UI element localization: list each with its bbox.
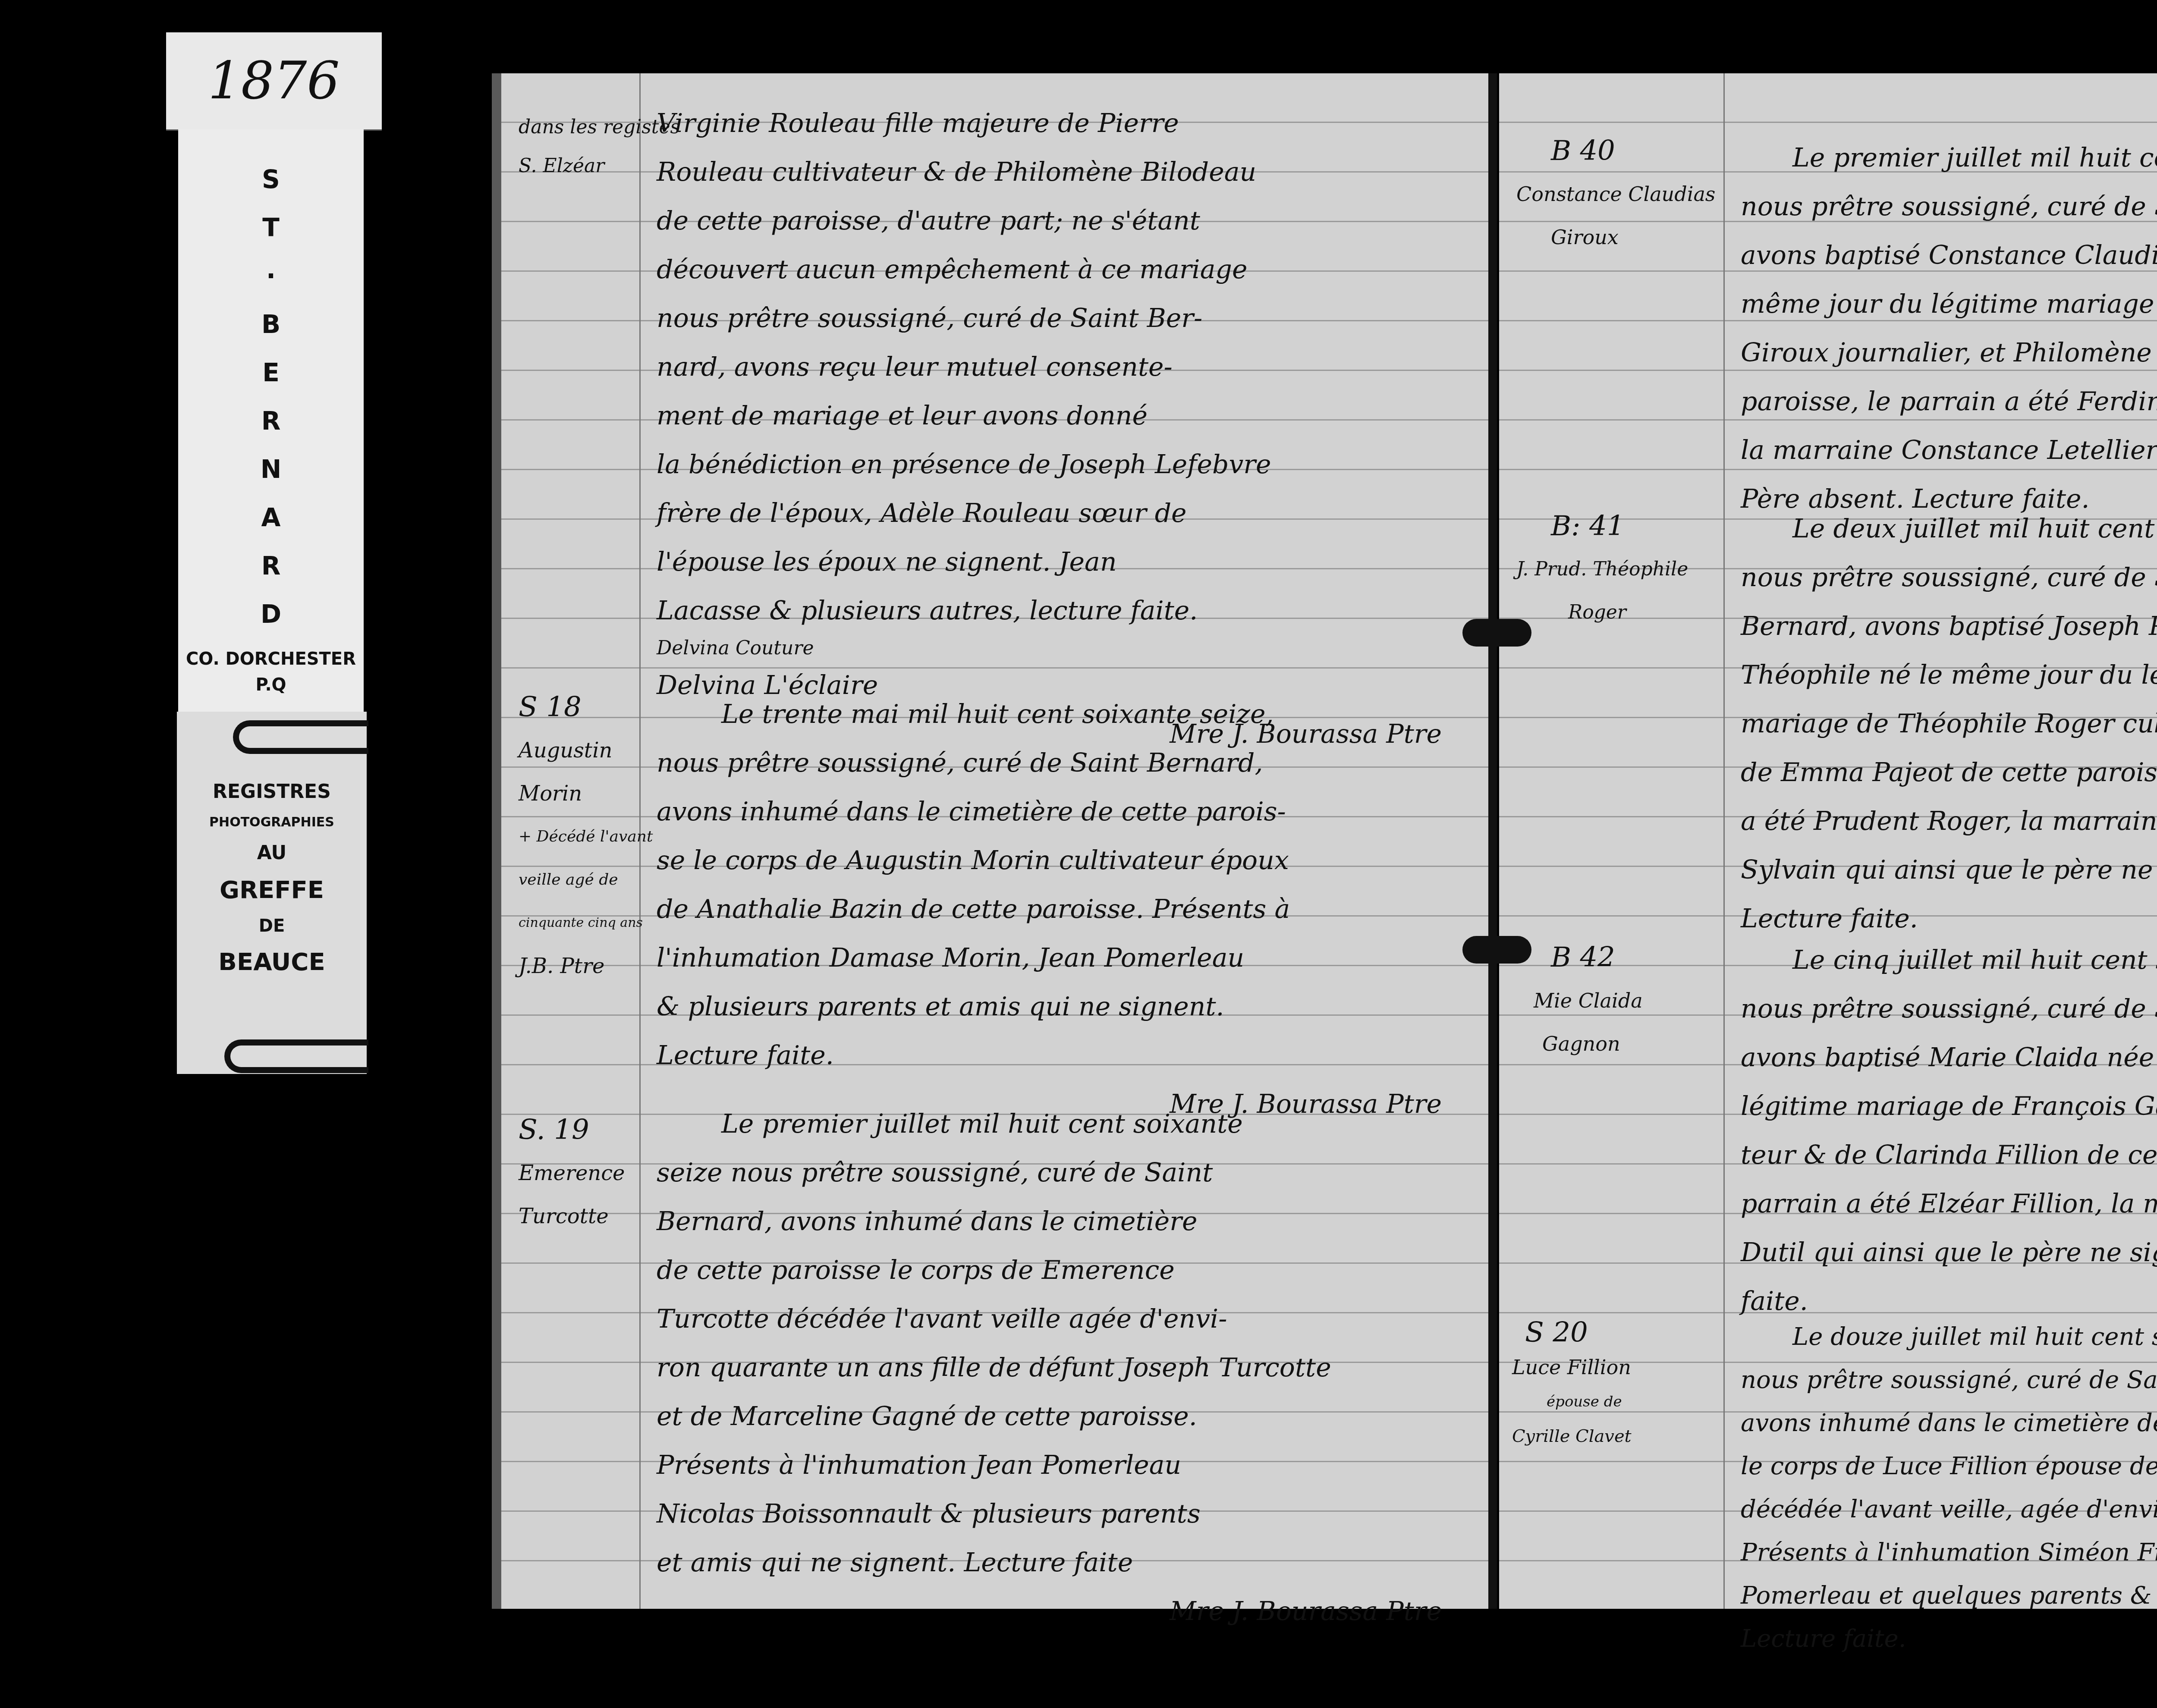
parish-letter: R [261,542,281,590]
entry-line: l'inhumation Damase Morin, Jean Pomerlea… [657,934,1468,983]
burial-entry: Le douze juillet mil huit cent soixante … [1741,1316,2157,1661]
margin-line: Emerence [519,1152,625,1195]
margin-line: dans les registes [519,108,680,147]
entry-line: nous prêtre soussigné, curé de Saint Ber… [1741,985,2157,1033]
entry-line: Virginie Rouleau fille majeure de Pierre [657,99,1468,148]
entry-margin-note: dans les registes S. Elzéar [519,108,680,185]
tab-year: 1876 [166,32,382,131]
witness-signature: Delvina Couture [657,635,1468,661]
stamp-line: DE [177,916,367,936]
margin-line: Mie Claida [1516,979,1643,1022]
parish-letter: E [262,349,280,397]
entry-line: de cette paroisse le corps de Emerence [657,1246,1468,1295]
entry-margin-note: B 42 Mie Claida Gagnon [1516,936,1643,1065]
parish-letter: R [261,397,281,445]
parish-letter: D [261,590,281,638]
archive-tab: 1876 S T · B E R N A R D CO. DORCHESTER … [166,32,382,1503]
entry-line: frère de l'époux, Adèle Rouleau sœur de [657,489,1468,538]
parish-letter: S [262,155,280,204]
entry-line: nous prêtre soussigné, curé de Saint Ber… [657,739,1468,788]
marriage-entry: Virginie Rouleau fille majeure de Pierre… [657,99,1468,759]
entry-line: Le premier juillet mil huit cent soixant… [657,1100,1468,1149]
entry-line: et amis qui ne signent. Lecture faite [657,1538,1468,1587]
register-spread: dans les registes S. Elzéar Virginie Rou… [492,73,2157,1609]
entry-number: B 40 [1516,129,1715,173]
entry-line: l'épouse les époux ne signent. Jean [657,538,1468,587]
parish-letter: T [262,204,280,252]
entry-line: nous prêtre soussigné, curé de Saint Ber… [1741,1359,2157,1402]
parish-letter: · [266,252,276,300]
entry-number: S. 19 [519,1108,625,1152]
entry-line: Le trente mai mil huit cent soixante sei… [657,690,1468,739]
entry-line: ron quarante un ans fille de défunt Jose… [657,1344,1468,1392]
registry-stamp: REGISTRES PHOTOGRAPHIES AU GREFFE DE BEA… [177,712,367,1074]
entry-line: Lecture faite. [657,1031,1468,1080]
entry-line: Pomerleau et quelques parents & amis qui… [1741,1574,2157,1617]
entry-line: nous prêtre soussigné, curé de Saint [1741,553,2157,602]
entry-line: avons inhumé dans le cimetière de cette … [657,788,1468,836]
margin-line: Morin [519,772,653,815]
entry-margin-note: B: 41 J. Prud. Théophile Roger [1516,505,1688,634]
entry-line: paroisse, le parrain a été Ferdinand Laf… [1741,377,2157,426]
entry-line: nous prêtre soussigné, curé de Saint Ber… [657,294,1468,343]
tab-parish-label: S T · B E R N A R D CO. DORCHESTER P.Q [178,129,364,712]
margin-rule [1723,73,1725,1609]
entry-margin-note: B 40 Constance Claudias Giroux [1516,129,1715,259]
right-page: Onzième feuillet. B 40 Constance Claudia… [1499,73,2157,1609]
entry-margin-note: S 20 Luce Fillion épouse de Cyrille Clav… [1512,1316,1632,1454]
entry-line: de cette paroisse, d'autre part; ne s'ét… [657,197,1468,245]
entry-line: de Emma Pajeot de cette paroisse. Le par… [1741,748,2157,797]
margin-line: Luce Fillion [1512,1350,1632,1385]
margin-line: épouse de [1512,1385,1632,1419]
entry-line: Turcotte décédée l'avant veille agée d'e… [657,1295,1468,1344]
left-page: dans les registes S. Elzéar Virginie Rou… [492,73,1494,1609]
entry-line: & plusieurs parents et amis qui ne signe… [657,983,1468,1031]
margin-line: J.B. Ptre [519,945,653,988]
margin-line: S. Elzéar [519,147,680,185]
entry-margin-note: S 18 Augustin Morin + Décédé l'avant vei… [519,686,653,988]
entry-line: le corps de Luce Fillion épouse de défun… [1741,1445,2157,1488]
entry-line: la marraine Constance Letellier qui ne s… [1741,426,2157,475]
entry-line: Le douze juillet mil huit cent soixante … [1741,1316,2157,1359]
margin-line: Constance Claudias [1516,173,1715,216]
margin-line: cinquante cinq ans [519,901,653,945]
binding-ring-icon [1462,936,1531,964]
paperclip-icon [233,720,368,754]
margin-line: Gagnon [1516,1022,1643,1065]
entry-number: S 18 [519,686,653,729]
entry-line: Bernard, avons baptisé Joseph Prudent [1741,602,2157,651]
margin-line: Turcotte [519,1195,625,1238]
entry-line: teur & de Clarinda Fillion de cette paro… [1741,1131,2157,1180]
entry-line: Lecture faite. [1741,1617,1906,1661]
entry-line: se le corps de Augustin Morin cultivateu… [657,836,1468,885]
entry-number: B: 41 [1516,505,1688,548]
entry-line: parrain a été Elzéar Fillion, la marrain… [1741,1180,2157,1228]
entry-closing: Lecture faite. Mre J. Bourassa Ptre [1741,1617,2157,1661]
entry-line: la bénédiction en présence de Joseph Lef… [657,440,1468,489]
burial-entry: Le premier juillet mil huit cent soixant… [657,1100,1468,1636]
entry-line: légitime mariage de François Gagnon cult… [1741,1082,2157,1131]
entry-line: avons baptisé Marie Claida née la veille… [1741,1033,2157,1082]
county-label: CO. DORCHESTER [178,649,364,669]
margin-line: Augustin [519,729,653,772]
burial-entry: Le trente mai mil huit cent soixante sei… [657,690,1468,1129]
entry-line: mariage de Théophile Roger cultivateur, … [1741,700,2157,748]
stamp-line: AU [177,842,367,864]
entry-line: Théophile né le même jour du légitime [1741,651,2157,700]
entry-margin-note: S. 19 Emerence Turcotte [519,1108,625,1238]
stamp-line: BEAUCE [177,948,367,976]
entry-line: de Anathalie Bazin de cette paroisse. Pr… [657,885,1468,934]
entry-line: décédée l'avant veille, agée d'environ t… [1741,1488,2157,1531]
entry-line: a été Prudent Roger, la marraine Sophie [1741,797,2157,846]
entry-line: nard, avons reçu leur mutuel consente- [657,343,1468,392]
entry-line: Nicolas Boissonnault & plusieurs parents [657,1490,1468,1538]
province-label: P.Q [178,675,364,695]
parish-letter: N [261,445,282,493]
margin-line: veille agé de [519,858,653,901]
margin-line: Roger [1516,591,1688,634]
entry-line: nous prêtre soussigné, curé de Saint Ber… [1741,182,2157,231]
stamp-line: REGISTRES [177,781,367,803]
stamp-line: GREFFE [177,876,367,904]
parish-name-vertical: S T · B E R N A R D [178,155,364,638]
baptism-entry: Le deux juillet mil huit cent soixante s… [1741,505,2157,992]
entry-line: Rouleau cultivateur & de Philomène Bilod… [657,148,1468,197]
paperclip-icon [224,1039,368,1073]
margin-line: Giroux [1516,216,1715,259]
entry-line: Sylvain qui ainsi que le père ne signent… [1741,846,2157,895]
entry-line: Le cinq juillet mil huit cent soixante s… [1741,936,2157,985]
entry-line: découvert aucun empêchement à ce mariage [657,245,1468,294]
entry-line: Bernard, avons inhumé dans le cimetière [657,1197,1468,1246]
stamp-text: REGISTRES PHOTOGRAPHIES AU GREFFE DE BEA… [177,781,367,988]
entry-line: ment de mariage et leur avons donné [657,392,1468,440]
parish-letter: B [261,300,280,349]
binding-ring-icon [1462,619,1531,647]
entry-line: Dutil qui ainsi que le père ne signent. … [1741,1228,2157,1277]
book-spine [1488,73,1497,1609]
margin-line: J. Prud. Théophile [1516,548,1688,591]
entry-number: S 20 [1512,1316,1632,1350]
entry-line: avons inhumé dans le cimetière de cette … [1741,1402,2157,1445]
parish-letter: A [261,493,281,542]
entry-line: seize nous prêtre soussigné, curé de Sai… [657,1149,1468,1197]
entry-line: Le premier juillet mil huit cent soixant… [1741,134,2157,182]
margin-line: + Décédé l'avant [519,815,653,858]
baptism-entry: Le cinq juillet mil huit cent soixante s… [1741,936,2157,1375]
stamp-line: PHOTOGRAPHIES [177,815,367,830]
entry-line: avons baptisé Constance Claudias née le [1741,231,2157,280]
entry-number: B 42 [1516,936,1643,979]
entry-line: même jour du légitime mariage de Edouard [1741,280,2157,329]
entry-line: Le deux juillet mil huit cent soixante s… [1741,505,2157,553]
entry-line: Lacasse & plusieurs autres, lecture fait… [657,587,1468,635]
priest-signature: Mre J. Bourassa Ptre [657,1587,1468,1636]
entry-line: et de Marceline Gagné de cette paroisse. [657,1392,1468,1441]
entry-line: Giroux journalier, et Philomène Letellie… [1741,329,2157,377]
entry-line: Présents à l'inhumation Siméon Fillion, … [1741,1531,2157,1574]
entry-line: Présents à l'inhumation Jean Pomerleau [657,1441,1468,1490]
margin-line: Cyrille Clavet [1512,1419,1632,1454]
